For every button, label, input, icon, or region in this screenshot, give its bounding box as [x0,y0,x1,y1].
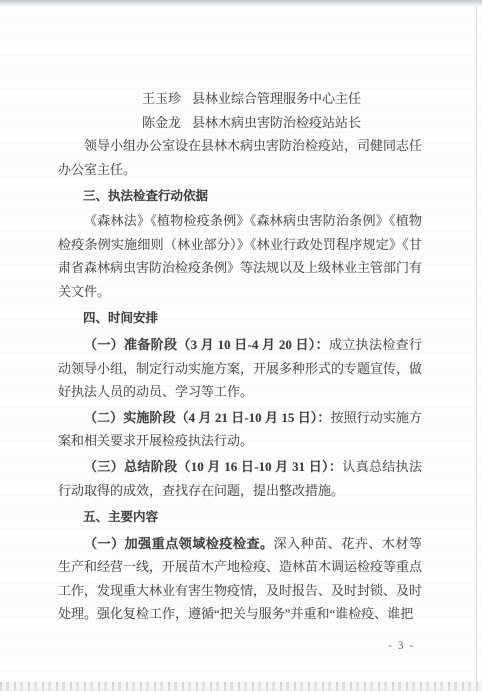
scan-bottom-edge [0,682,482,691]
content-paragraph-key-areas: （一）加强重点领域检疫检查。深入种苗、花卉、木材等生产和经营一线，开展苗木产地检… [58,532,422,626]
scanned-document-page: 王玉珍县林业综合管理服务中心主任 陈金龙县林木病虫害防治检疫站站长 领导小组办公… [0,0,482,692]
appointment-line: 王玉珍县林业综合管理服务中心主任 [142,87,422,111]
appointee-name: 王玉珍 [142,91,181,106]
phase-lead: （二）实施阶段（4 月 21 日-10 月 15 日）： [84,410,330,425]
section-heading-legal-basis: 三、执法检查行动依据 [58,185,422,209]
scan-right-edge [476,6,477,682]
section-heading-main-content: 五、主要内容 [58,506,422,530]
appointee-title: 县林木病虫害防治检疫站站长 [192,115,361,130]
phase-lead: （三）总结阶段（10 月 16 日-10 月 31 日）： [84,459,342,474]
phase-paragraph-summary: （三）总结阶段（10 月 16 日-10 月 31 日）：认真总结执法行动取得的… [58,455,422,502]
appointee-title: 县林业综合管理服务中心主任 [192,91,361,106]
scan-top-edge [0,0,482,7]
document-body: 王玉珍县林业综合管理服务中心主任 陈金龙县林木病虫害防治检疫站站长 领导小组办公… [58,87,422,626]
appointment-line: 陈金龙县林木病虫害防治检疫站站长 [142,111,422,135]
appointee-name: 陈金龙 [142,115,181,130]
legal-basis-paragraph: 《森林法》《植物检疫条例》《森林病虫害防治条例》《植物检疫条例实施细则（林业部分… [58,209,422,303]
office-note-paragraph: 领导小组办公室设在县林木病虫害防治检疫站，司健同志任办公室主任。 [58,134,422,181]
phase-paragraph-preparation: （一）准备阶段（3 月 10 日-4 月 20 日）：成立执法检查行动领导小组，… [58,333,422,404]
phase-paragraph-implementation: （二）实施阶段（4 月 21 日-10 月 15 日）：按照行动实施方案和相关要… [58,406,422,453]
section-heading-schedule: 四、时间安排 [58,307,422,331]
phase-lead: （一）准备阶段（3 月 10 日-4 月 20 日）： [84,337,329,352]
content-lead: （一）加强重点领域检疫检查。 [84,536,274,551]
appointments-block: 王玉珍县林业综合管理服务中心主任 陈金龙县林木病虫害防治检疫站站长 [58,87,422,134]
page-number: - 3 - [388,640,448,652]
